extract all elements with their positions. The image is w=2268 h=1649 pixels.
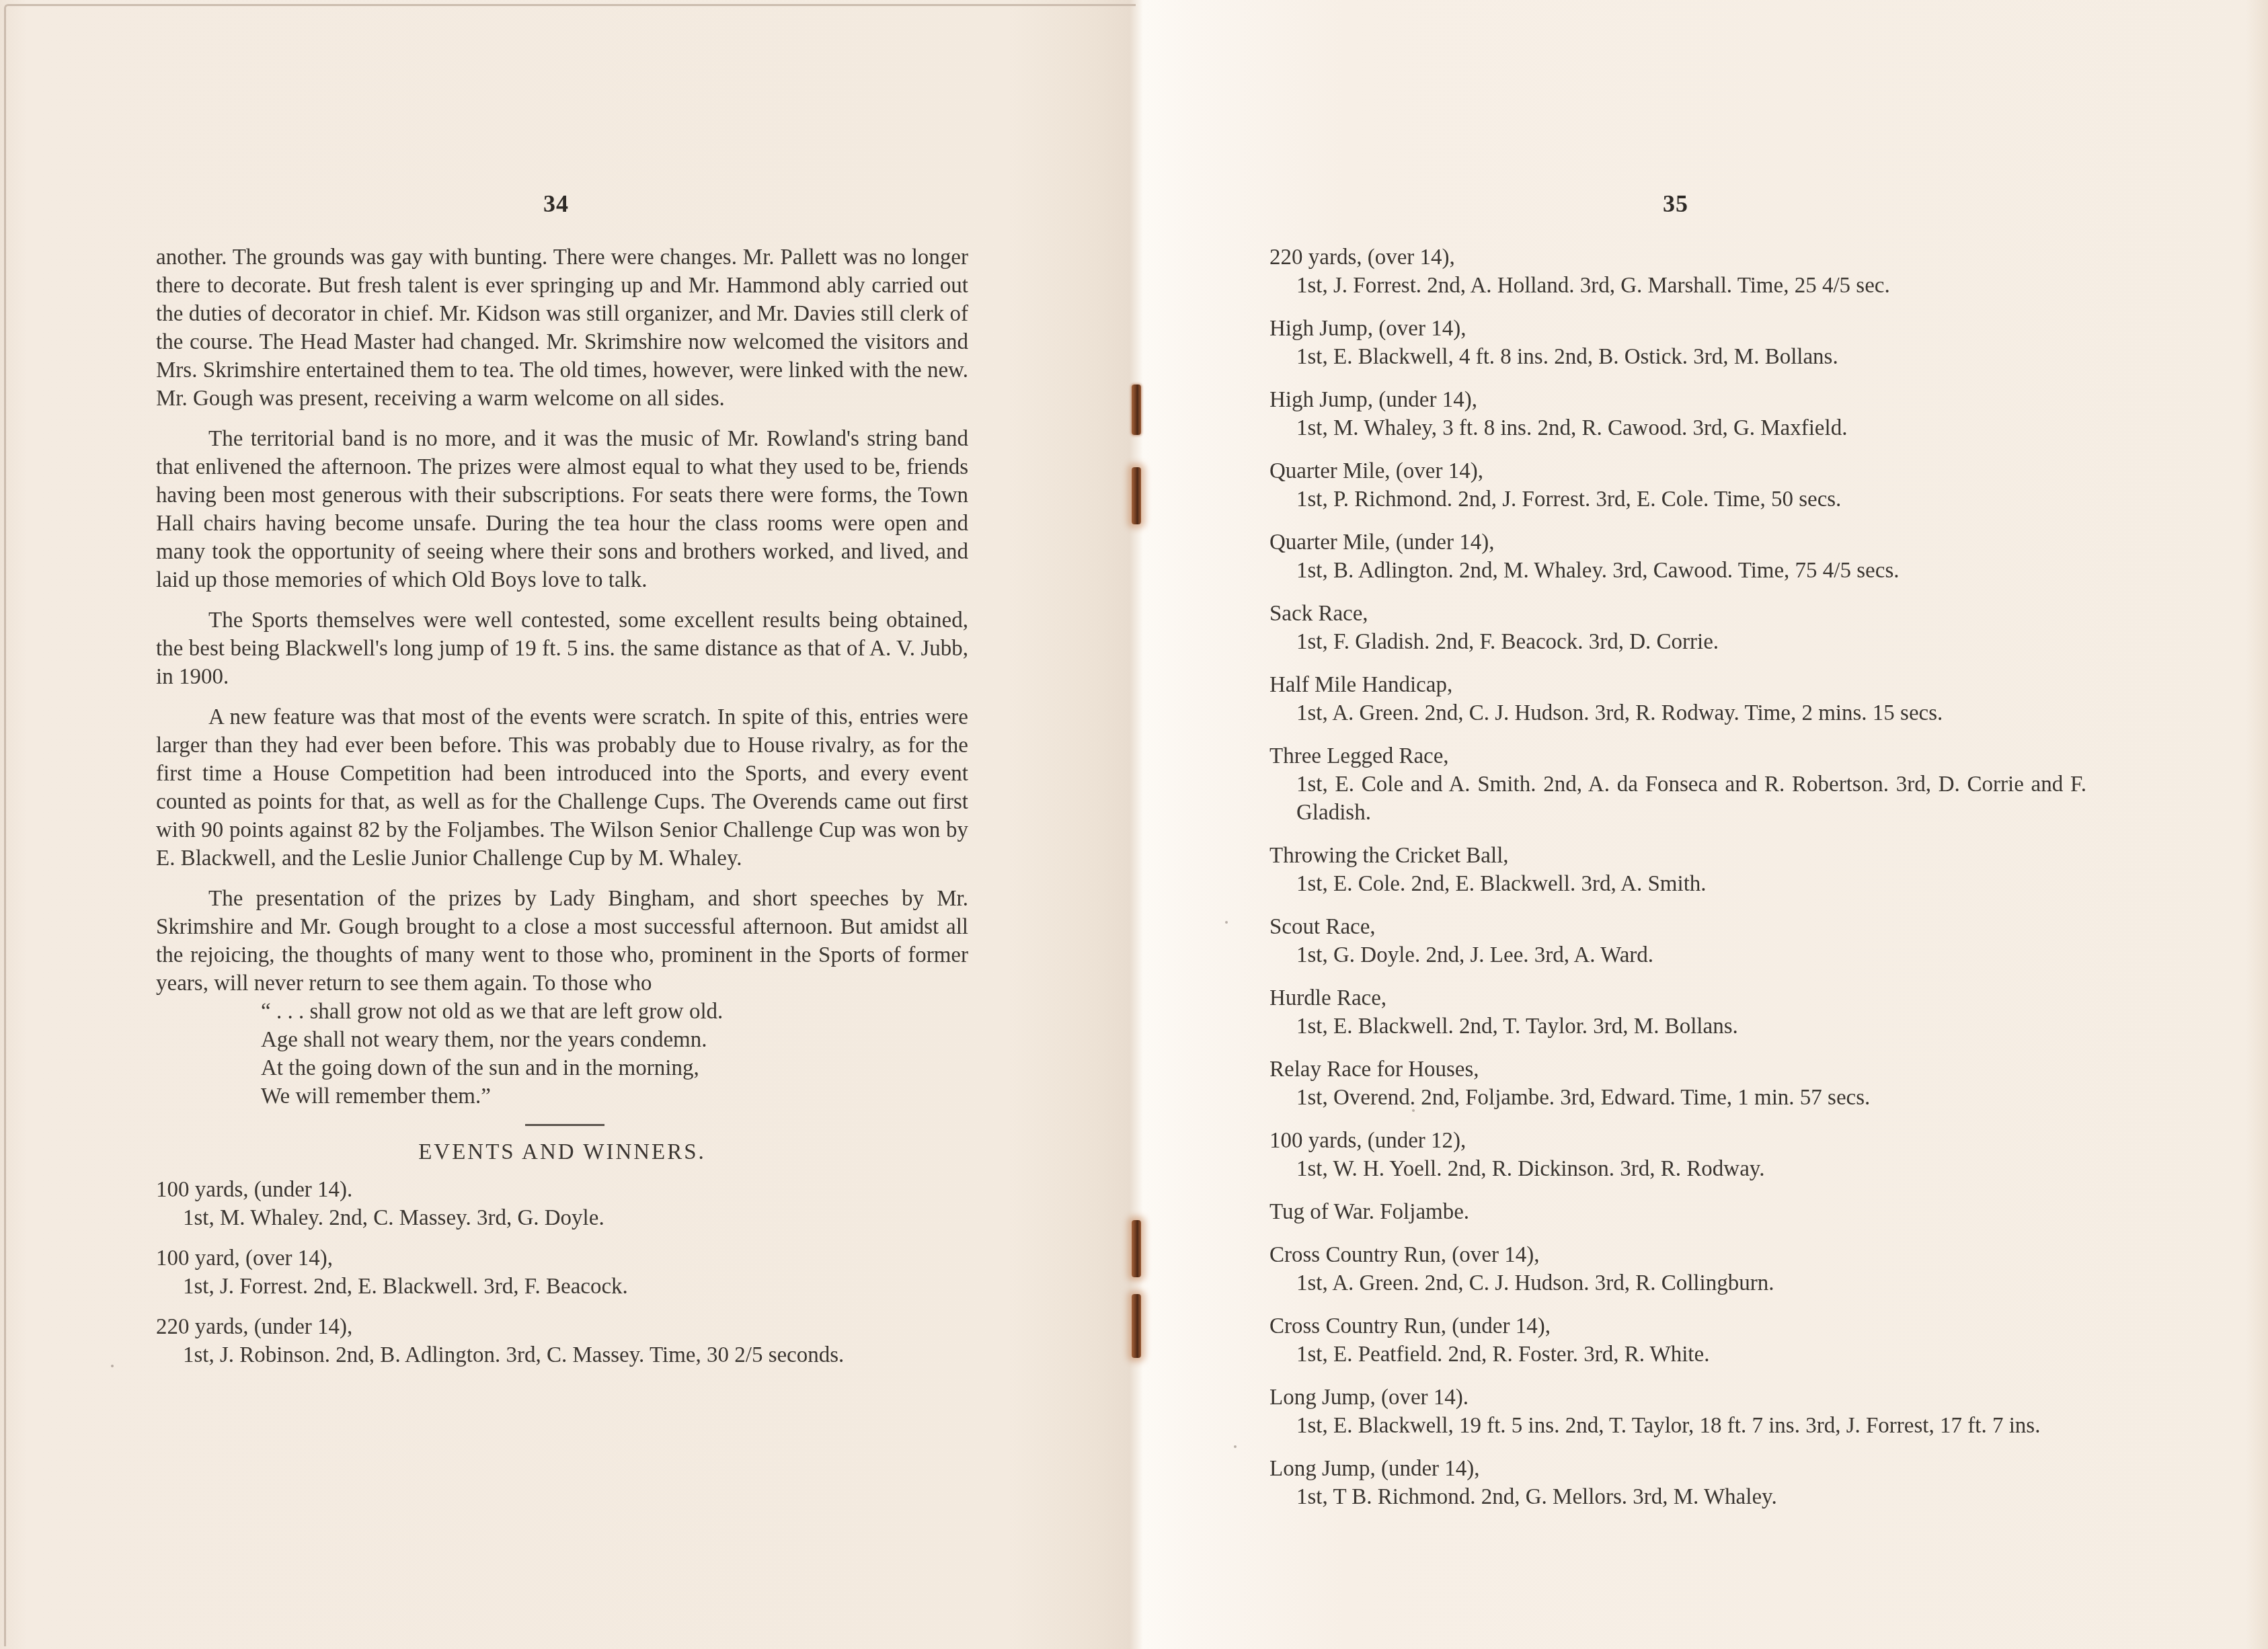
event-entry: Long Jump, (over 14). 1st, E. Blackwell,…: [1269, 1383, 2086, 1440]
event-title: 220 yards, (over 14),: [1269, 243, 2086, 272]
event-results: 1st, J. Forrest. 2nd, A. Holland. 3rd, G…: [1269, 272, 2086, 300]
poem-line: “ . . . shall grow not old as we that ar…: [261, 998, 968, 1026]
event-results: 1st, J. Robinson. 2nd, B. Adlington. 3rd…: [156, 1341, 968, 1369]
event-title: 100 yard, (over 14),: [156, 1244, 968, 1273]
event-title: Half Mile Handicap,: [1269, 671, 2086, 699]
poem-line: Age shall not weary them, nor the years …: [261, 1026, 968, 1054]
event-entry: Long Jump, (under 14), 1st, T B. Richmon…: [1269, 1455, 2086, 1511]
paper-speck: [1412, 1109, 1415, 1112]
event-title: Hurdle Race,: [1269, 984, 2086, 1012]
event-entry: Throwing the Cricket Ball, 1st, E. Cole.…: [1269, 842, 2086, 898]
paragraph: another. The grounds was gay with buntin…: [156, 243, 968, 413]
event-results: 1st, A. Green. 2nd, C. J. Hudson. 3rd, R…: [1269, 699, 2086, 727]
event-results: 1st, B. Adlington. 2nd, M. Whaley. 3rd, …: [1269, 557, 2086, 585]
section-divider-rule: [525, 1124, 604, 1126]
right-page: 35 220 yards, (over 14), 1st, J. Forrest…: [1136, 0, 2268, 1649]
event-title: Quarter Mile, (over 14),: [1269, 457, 2086, 485]
event-results: 1st, P. Richmond. 2nd, J. Forrest. 3rd, …: [1269, 485, 2086, 514]
event-title: Long Jump, (over 14).: [1269, 1383, 2086, 1412]
event-entry: Quarter Mile, (under 14), 1st, B. Adling…: [1269, 528, 2086, 585]
event-entry: High Jump, (over 14), 1st, E. Blackwell,…: [1269, 315, 2086, 371]
event-results: 1st, E. Blackwell, 19 ft. 5 ins. 2nd, T.…: [1269, 1412, 2086, 1440]
event-results: 1st, E. Cole and A. Smith. 2nd, A. da Fo…: [1269, 770, 2086, 827]
event-title: High Jump, (under 14),: [1269, 386, 2086, 414]
poem-line: We will remember them.”: [261, 1082, 968, 1111]
event-entry: 100 yard, (over 14), 1st, J. Forrest. 2n…: [156, 1244, 968, 1301]
page-number: 35: [1663, 190, 1688, 218]
event-entry: 100 yards, (under 14). 1st, M. Whaley. 2…: [156, 1176, 968, 1232]
event-entry: 220 yards, (over 14), 1st, J. Forrest. 2…: [1269, 243, 2086, 300]
event-entry: Three Legged Race, 1st, E. Cole and A. S…: [1269, 742, 2086, 827]
event-title: Long Jump, (under 14),: [1269, 1455, 2086, 1483]
event-entry: Relay Race for Houses, 1st, Overend. 2nd…: [1269, 1055, 2086, 1112]
event-entry: Tug of War. Foljambe.: [1269, 1198, 2086, 1226]
poem-quotation: “ . . . shall grow not old as we that ar…: [261, 998, 968, 1111]
event-results: 1st, A. Green. 2nd, C. J. Hudson. 3rd, R…: [1269, 1269, 2086, 1297]
event-title: Throwing the Cricket Ball,: [1269, 842, 2086, 870]
event-title: Cross Country Run, (under 14),: [1269, 1312, 2086, 1340]
event-results: 1st, G. Doyle. 2nd, J. Lee. 3rd, A. Ward…: [1269, 941, 2086, 969]
event-title: Sack Race,: [1269, 600, 2086, 628]
event-entry: Sack Race, 1st, F. Gladish. 2nd, F. Beac…: [1269, 600, 2086, 656]
right-page-text: 220 yards, (over 14), 1st, J. Forrest. 2…: [1269, 243, 2086, 1526]
event-entry: Scout Race, 1st, G. Doyle. 2nd, J. Lee. …: [1269, 913, 2086, 969]
event-title: 100 yards, (under 12),: [1269, 1127, 2086, 1155]
left-page: 34 another. The grounds was gay with bun…: [0, 0, 1136, 1649]
event-entry: Hurdle Race, 1st, E. Blackwell. 2nd, T. …: [1269, 984, 2086, 1041]
event-title: Scout Race,: [1269, 913, 2086, 941]
event-results: 1st, T B. Richmond. 2nd, G. Mellors. 3rd…: [1269, 1483, 2086, 1511]
section-heading: EVENTS AND WINNERS.: [156, 1138, 968, 1166]
event-results: 1st, M. Whaley, 3 ft. 8 ins. 2nd, R. Caw…: [1269, 414, 2086, 442]
event-results: 1st, E. Peatfield. 2nd, R. Foster. 3rd, …: [1269, 1340, 2086, 1369]
event-entry: Quarter Mile, (over 14), 1st, P. Richmon…: [1269, 457, 2086, 514]
paragraph: The Sports themselves were well conteste…: [156, 606, 968, 691]
event-entry: Cross Country Run, (under 14), 1st, E. P…: [1269, 1312, 2086, 1369]
event-results: 1st, F. Gladish. 2nd, F. Beacock. 3rd, D…: [1269, 628, 2086, 656]
event-results: 1st, E. Cole. 2nd, E. Blackwell. 3rd, A.…: [1269, 870, 2086, 898]
rusted-staple: [1132, 467, 1141, 524]
paper-speck: [1225, 921, 1228, 924]
event-results: 1st, J. Forrest. 2nd, E. Blackwell. 3rd,…: [156, 1273, 968, 1301]
event-results: 1st, Overend. 2nd, Foljambe. 3rd, Edward…: [1269, 1084, 2086, 1112]
event-results: 1st, W. H. Yoell. 2nd, R. Dickinson. 3rd…: [1269, 1155, 2086, 1183]
event-results: 1st, E. Blackwell. 2nd, T. Taylor. 3rd, …: [1269, 1012, 2086, 1041]
event-entry: Half Mile Handicap, 1st, A. Green. 2nd, …: [1269, 671, 2086, 727]
event-title: 100 yards, (under 14).: [156, 1176, 968, 1204]
event-title: 220 yards, (under 14),: [156, 1313, 968, 1341]
event-entry: Cross Country Run, (over 14), 1st, A. Gr…: [1269, 1241, 2086, 1297]
event-title: Quarter Mile, (under 14),: [1269, 528, 2086, 557]
paper-speck: [1234, 1445, 1237, 1448]
rusted-staple: [1132, 1294, 1141, 1358]
poem-line: At the going down of the sun and in the …: [261, 1054, 968, 1082]
paragraph: The territorial band is no more, and it …: [156, 425, 968, 594]
event-title: Cross Country Run, (over 14),: [1269, 1241, 2086, 1269]
event-results: 1st, M. Whaley. 2nd, C. Massey. 3rd, G. …: [156, 1204, 968, 1232]
event-title: High Jump, (over 14),: [1269, 315, 2086, 343]
event-title: Relay Race for Houses,: [1269, 1055, 2086, 1084]
event-entry: 220 yards, (under 14), 1st, J. Robinson.…: [156, 1313, 968, 1369]
event-entry: 100 yards, (under 12), 1st, W. H. Yoell.…: [1269, 1127, 2086, 1183]
rusted-staple: [1132, 385, 1141, 435]
event-entry: High Jump, (under 14), 1st, M. Whaley, 3…: [1269, 386, 2086, 442]
event-title: Three Legged Race,: [1269, 742, 2086, 770]
paragraph: A new feature was that most of the event…: [156, 703, 968, 873]
event-results: 1st, E. Blackwell, 4 ft. 8 ins. 2nd, B. …: [1269, 343, 2086, 371]
rusted-staple: [1132, 1220, 1141, 1277]
paragraph: The presentation of the prizes by Lady B…: [156, 885, 968, 998]
page-number: 34: [543, 190, 569, 218]
event-title: Tug of War. Foljambe.: [1269, 1200, 1469, 1224]
booklet-spread: 34 another. The grounds was gay with bun…: [0, 0, 2268, 1649]
left-page-text: another. The grounds was gay with buntin…: [156, 243, 968, 1381]
paper-speck: [111, 1365, 114, 1367]
